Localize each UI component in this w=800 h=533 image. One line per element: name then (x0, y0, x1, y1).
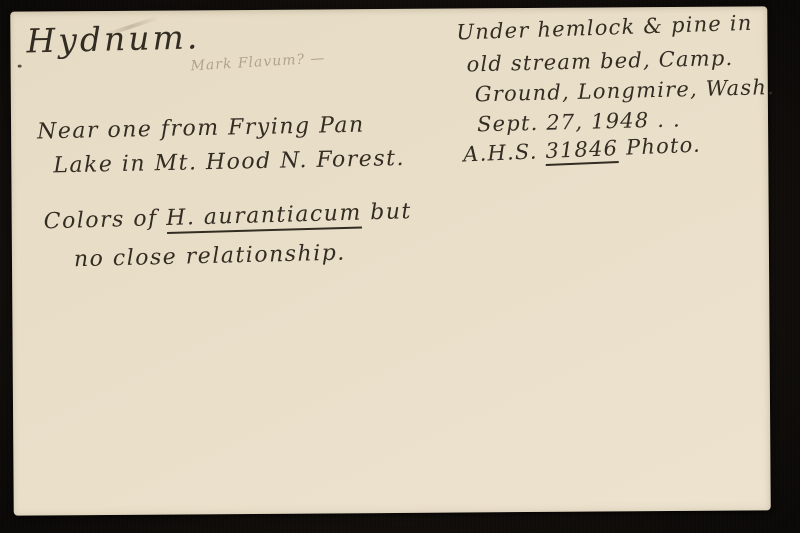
comparison-line-2: no close relationship. (74, 241, 346, 273)
habitat-line-3: Ground, Longmire, Wash. (475, 75, 776, 106)
collection-number: 31846 (545, 136, 619, 166)
collector-initials: A.H.S. (463, 139, 538, 166)
card-title-genus: Hydnum. (26, 17, 201, 60)
comparison-suffix: but (370, 199, 412, 225)
compared-species-name: H. aurantiacum (166, 201, 362, 234)
locality-line-2: Lake in Mt. Hood N. Forest. (53, 146, 405, 178)
photo-of-index-card: { "scene": { "background_color": "#17130… (0, 0, 800, 533)
index-card: Hydnum. Mark Flavum? — Under hemlock & p… (10, 6, 771, 515)
comparison-line-1: Colors of H. aurantiacum but (43, 199, 412, 234)
locality-line-1: Near one from Frying Pan (37, 113, 365, 145)
habitat-line-2: old stream bed, Camp. (466, 46, 733, 77)
locality-note-block: Near one from Frying Pan Lake in Mt. Hoo… (10, 6, 767, 11)
pencil-annotation: Mark Flavum? — (190, 50, 326, 74)
collection-date: Sept. 27, 1948 . . (477, 107, 681, 136)
habitat-line-1: Under hemlock & pine in (456, 11, 753, 45)
comparison-prefix: Colors of (43, 206, 158, 234)
collection-number-line: A.H.S. 31846 Photo. (463, 133, 702, 167)
comparison-note-block: Colors of H. aurantiacum but no close re… (10, 6, 767, 11)
photo-notation: Photo. (626, 133, 702, 160)
habitat-note-block: Under hemlock & pine in old stream bed, … (10, 6, 767, 11)
ink-speck (18, 65, 22, 68)
